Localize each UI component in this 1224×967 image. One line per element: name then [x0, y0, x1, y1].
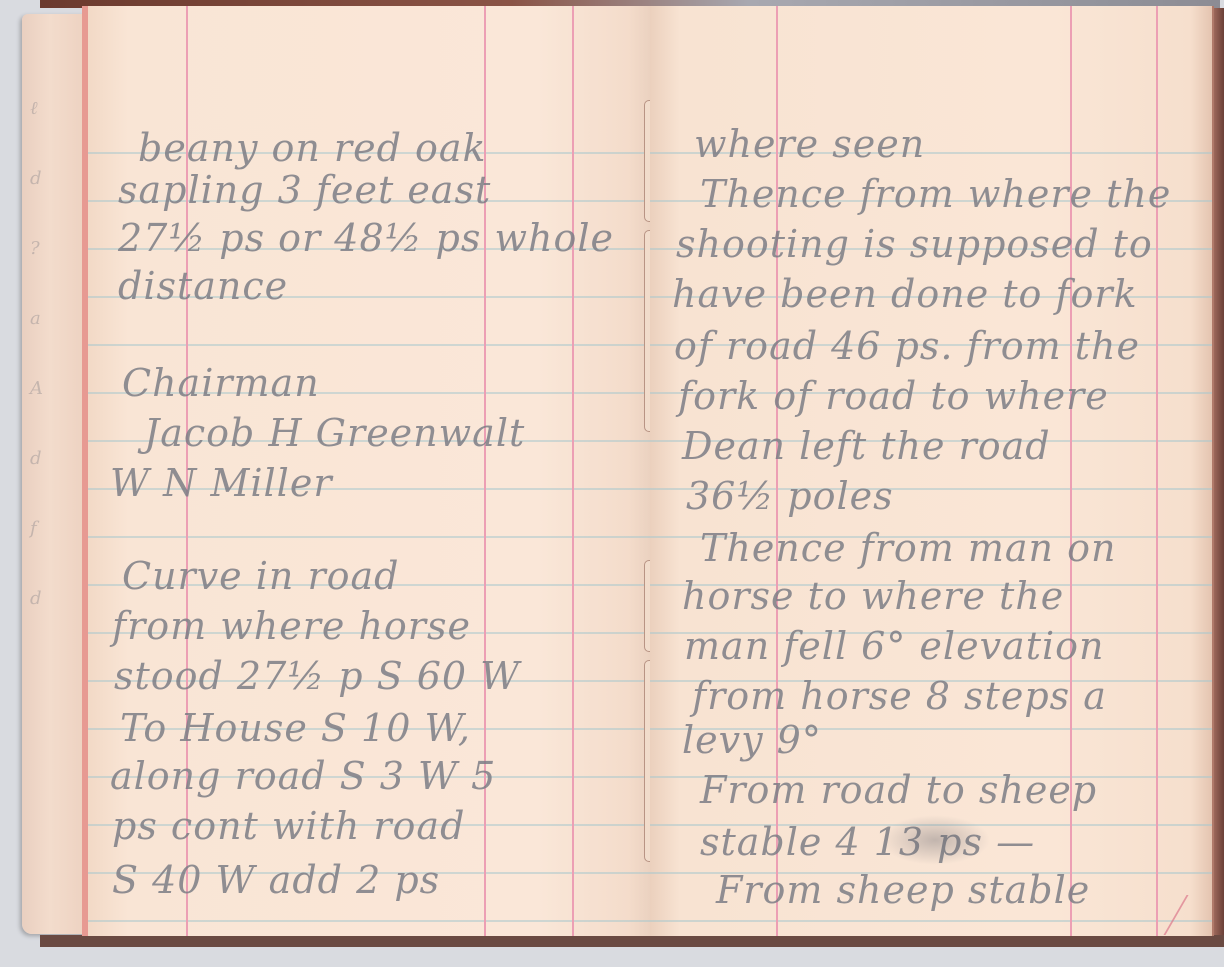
- handwritten-line: 27½ ps or 48½ ps whole: [118, 216, 614, 260]
- handwritten-line: from where horse: [112, 604, 471, 648]
- handwritten-line: beany on red oak: [138, 126, 487, 170]
- handwritten-line: Curve in road: [122, 554, 399, 598]
- handwritten-line: Chairman: [122, 361, 320, 405]
- handwritten-line: fork of road to where: [678, 374, 1109, 418]
- bleed-through-marks: ℓd?aAdfd: [30, 74, 70, 634]
- graphite-smudge: [880, 815, 990, 865]
- handwritten-line: W N Miller: [110, 461, 333, 505]
- handwritten-line: along road S 3 W 5: [110, 754, 496, 798]
- handwritten-line: shooting is supposed to: [676, 222, 1153, 266]
- left-page-text: beany on red oak sapling 3 feet east 27½…: [88, 6, 656, 936]
- handwritten-line: sapling 3 feet east: [118, 168, 491, 212]
- handwritten-line: Thence from man on: [700, 526, 1116, 570]
- right-page-text: where seen Thence from where the shootin…: [650, 6, 1212, 936]
- handwritten-line: where seen: [694, 122, 925, 166]
- right-page: where seen Thence from where the shootin…: [650, 6, 1214, 936]
- handwritten-line: distance: [118, 264, 288, 308]
- handwritten-line: have been done to fork: [672, 272, 1138, 316]
- book-cover-bottom-edge: [40, 935, 1224, 947]
- handwritten-line: Jacob H Greenwalt: [144, 411, 525, 455]
- handwritten-line: Dean left the road: [682, 424, 1051, 468]
- handwritten-line: S 40 W add 2 ps: [112, 858, 440, 902]
- handwritten-line: horse to where the: [682, 574, 1064, 618]
- handwritten-line: ps cont with road: [112, 804, 465, 848]
- handwritten-line: From sheep stable: [716, 868, 1090, 912]
- handwritten-line: stood 27½ p S 60 W: [114, 654, 520, 698]
- left-page: beany on red oak sapling 3 feet east 27½…: [82, 6, 656, 936]
- handwritten-line: of road 46 ps. from the: [674, 324, 1140, 368]
- handwritten-line: Thence from where the: [700, 172, 1171, 216]
- handwritten-line: levy 9°: [682, 718, 822, 762]
- notebook-scan: ℓd?aAdfd beany on red oak sapling 3 feet…: [0, 0, 1224, 967]
- handwritten-line: man fell 6° elevation: [684, 624, 1104, 668]
- handwritten-line: From road to sheep: [700, 768, 1097, 812]
- handwritten-line: 36½ poles: [686, 474, 894, 518]
- handwritten-line: To House S 10 W,: [120, 706, 471, 750]
- handwritten-line: from horse 8 steps a: [692, 674, 1107, 718]
